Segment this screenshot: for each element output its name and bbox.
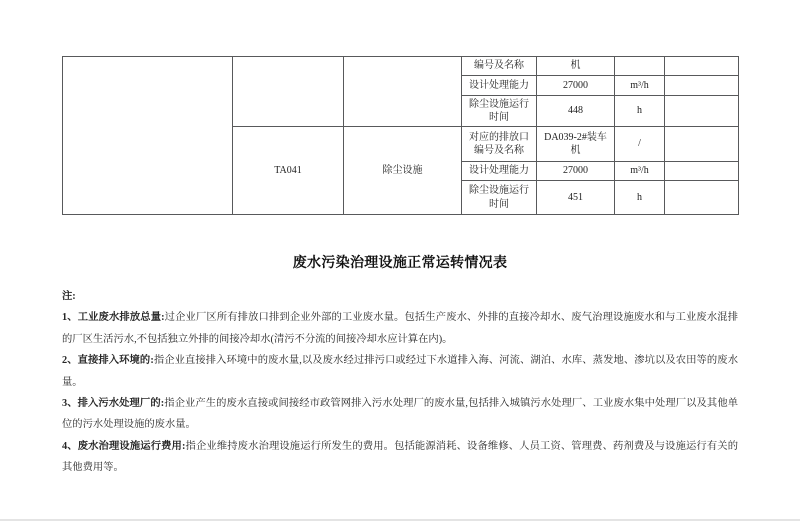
notes-section: 注: 1、工业废水排放总量:过企业厂区所有排放口排到企业外部的工业废水量。包括生… (62, 286, 738, 479)
dust-facility-table: 编号及名称 机 设计处理能力 27000 m³/h 除尘设施运行时间 448 h… (62, 56, 739, 215)
table-cell-label: 设计处理能力 (462, 162, 537, 181)
table-cell-blank-right (665, 162, 739, 181)
table-cell-label: 除尘设施运行时间 (462, 96, 537, 127)
table-cell-value: DA039-2#装车机 (537, 127, 615, 162)
table-cell-value: 448 (537, 96, 615, 127)
table-cell-value: 机 (537, 57, 615, 76)
table-cell-unit (615, 57, 665, 76)
table-cell-unit: h (615, 96, 665, 127)
facility-id-cell: TA041 (233, 127, 344, 215)
note-body: 指企业直接排入环境中的废水量,以及废水经过排污口或经过下水道排入海、河流、湖泊、… (62, 355, 738, 387)
table-cell-blank (344, 57, 462, 127)
table-cell-value: 27000 (537, 162, 615, 181)
note-item-1: 1、工业废水排放总量:过企业厂区所有排放口排到企业外部的工业废水量。包括生产废水… (62, 307, 738, 350)
page-title: 废水污染治理设施正常运转情况表 (62, 252, 738, 272)
table-cell-label: 除尘设施运行时间 (462, 181, 537, 215)
table-cell-blank-right (665, 127, 739, 162)
table-cell-unit: m³/h (615, 76, 665, 96)
document-page: 编号及名称 机 设计处理能力 27000 m³/h 除尘设施运行时间 448 h… (0, 0, 800, 521)
table-cell-value: 27000 (537, 76, 615, 96)
note-item-3: 3、排入污水处理厂的:指企业产生的废水直接或间接经市政管网排入污水处理厂的废水量… (62, 393, 738, 436)
note-lead: 4、废水治理设施运行费用: (62, 441, 185, 452)
table-cell-value: 451 (537, 181, 615, 215)
note-item-2: 2、直接排入环境的:指企业直接排入环境中的废水量,以及废水经过排污口或经过下水道… (62, 350, 738, 393)
note-lead: 1、工业废水排放总量: (62, 312, 165, 323)
table-row: 编号及名称 机 (63, 57, 739, 76)
table-cell-unit: / (615, 127, 665, 162)
note-lead: 3、排入污水处理厂的: (62, 398, 164, 409)
table-cell-blank-right (665, 76, 739, 96)
note-body: 指企业产生的废水直接或间接经市政管网排入污水处理厂的废水量,包括排入城镇污水处理… (62, 398, 738, 430)
table-cell-blank-left (63, 57, 233, 215)
table-cell-label: 对应的排放口编号及名称 (462, 127, 537, 162)
note-item-4: 4、废水治理设施运行费用:指企业维持废水治理设施运行所发生的费用。包括能源消耗、… (62, 436, 738, 479)
table-cell-blank (233, 57, 344, 127)
table-cell-blank-right (665, 181, 739, 215)
notes-label: 注: (62, 286, 738, 307)
note-lead: 2、直接排入环境的: (62, 355, 154, 366)
table-cell-label: 设计处理能力 (462, 76, 537, 96)
table-cell-label: 编号及名称 (462, 57, 537, 76)
table-cell-unit: m³/h (615, 162, 665, 181)
table-cell-unit: h (615, 181, 665, 215)
facility-type-cell: 除尘设施 (344, 127, 462, 215)
table-cell-blank-right (665, 96, 739, 127)
table-cell-blank-right (665, 57, 739, 76)
